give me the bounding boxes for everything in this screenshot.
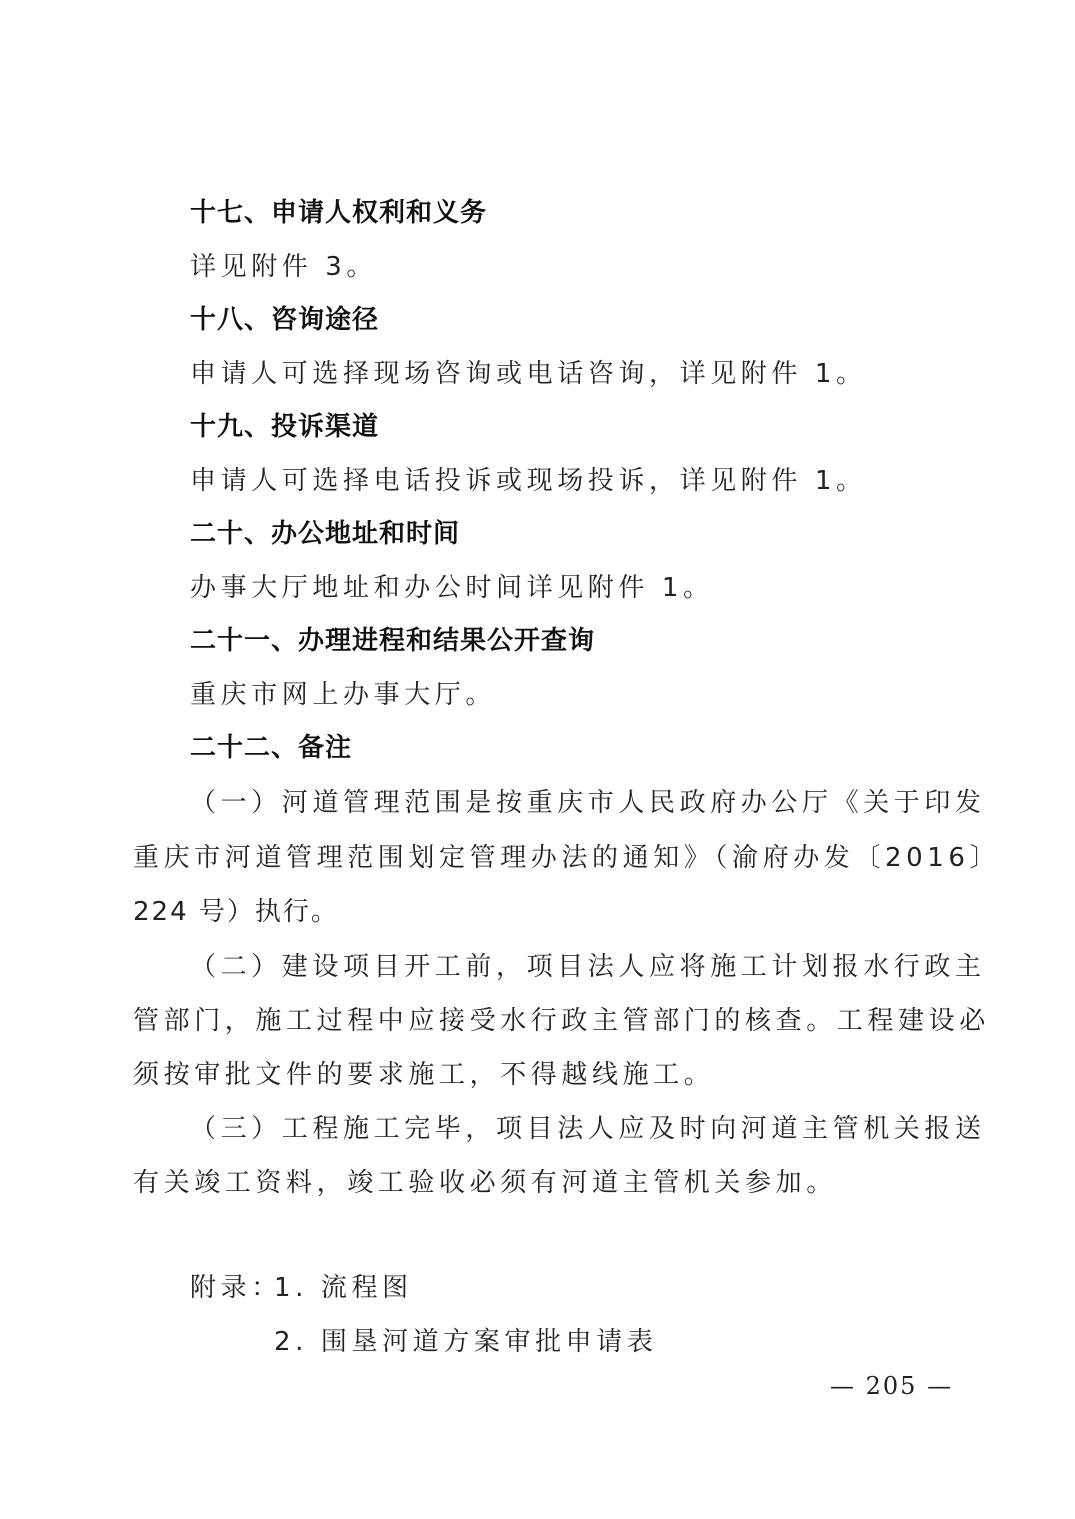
remark-3-line-1: （三）工程施工完毕，项目法人应及时向河道主管机关报送: [190, 1112, 941, 1146]
remark-1-line-3: 224 号）执行。: [133, 895, 339, 929]
section-heading-17: 十七、申请人权利和义务: [190, 196, 487, 230]
section-body-21: 重庆市网上办事大厅。: [190, 678, 496, 712]
remark-3-line-2: 有关竣工资料，竣工验收必须有河道主管机关参加。: [133, 1166, 837, 1200]
section-heading-22: 二十二、备注: [190, 731, 352, 765]
remark-1-line-1: （一）河道管理范围是按重庆市人民政府办公厅《关于印发: [190, 786, 941, 820]
section-heading-18: 十八、咨询途径: [190, 303, 379, 337]
appendix-label: 附录：: [190, 1271, 282, 1305]
section-heading-21: 二十一、办理进程和结果公开查询: [190, 624, 595, 658]
section-body-20: 办事大厅地址和办公时间详见附件 1。: [190, 571, 714, 605]
remark-2-line-3: 须按审批文件的要求施工，不得越线施工。: [133, 1058, 714, 1092]
page-number: — 205 —: [830, 1372, 953, 1400]
appendix-item-2: 2. 围垦河道方案审批申请表: [274, 1325, 657, 1359]
remark-2-line-1: （二）建设项目开工前，项目法人应将施工计划报水行政主: [190, 950, 941, 984]
section-body-17: 详见附件 3。: [190, 250, 377, 284]
section-body-18: 申请人可选择现场咨询或电话咨询，详见附件 1。: [190, 357, 867, 391]
appendix-item-1: 1. 流程图: [274, 1271, 413, 1305]
section-heading-20: 二十、办公地址和时间: [190, 517, 460, 551]
remark-2-line-2: 管部门，施工过程中应接受水行政主管部门的核查。工程建设必: [133, 1004, 941, 1038]
section-body-19: 申请人可选择电话投诉或现场投诉，详见附件 1。: [190, 464, 867, 498]
remark-1-line-2: 重庆市河道管理范围划定管理办法的通知》（渝府办发〔2016〕: [133, 841, 941, 875]
section-heading-19: 十九、投诉渠道: [190, 410, 379, 444]
